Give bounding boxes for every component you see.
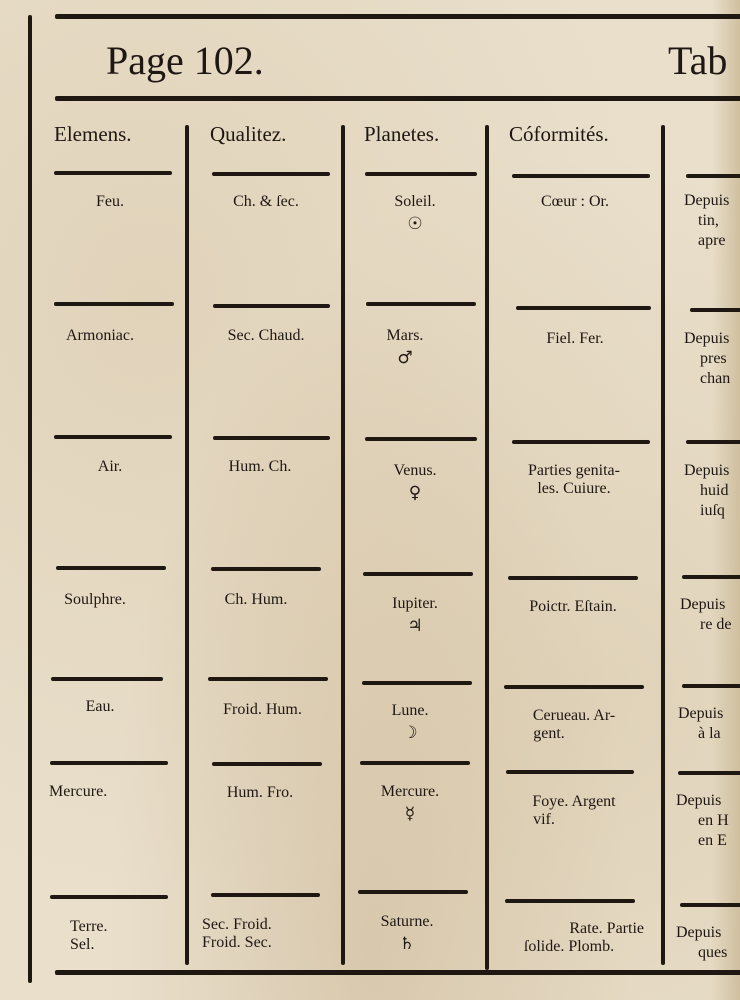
fifth-line: Depuis	[684, 330, 729, 348]
planet-name: Saturne.	[381, 913, 434, 930]
fifth-column-clip: Depuis huid iuſq	[684, 462, 740, 542]
quality-cell: Sec. Chaud.	[196, 327, 336, 345]
fifth-line: Depuis	[684, 462, 729, 480]
fifth-line: pres	[700, 350, 727, 368]
quality-cell: Ch. Hum.	[186, 591, 326, 609]
mercury-symbol-icon: ☿	[345, 805, 475, 825]
fifth-line: Depuis	[676, 924, 721, 942]
bottom-rule	[55, 970, 740, 975]
planet-cell: Lune. ☽	[345, 702, 475, 744]
fifth-column-clip: Depuis re de	[680, 596, 740, 656]
conformity-cell: Foye. Argent vif.	[494, 793, 654, 830]
fifth-line: Depuis	[684, 192, 729, 210]
conformity-cell: Poictr. Eſtain.	[488, 598, 658, 616]
planet-cell: Venus. ♀	[350, 462, 480, 504]
fifth-column-clip: Depuis pres chan	[684, 330, 740, 410]
quality-line: Froid. Sec.	[202, 934, 272, 952]
title-underline-rule	[55, 96, 740, 101]
title-right-clip: Tab	[668, 38, 740, 88]
column-divider-3	[485, 125, 489, 970]
fifth-line: tin,	[698, 212, 719, 230]
planet-name: Venus.	[393, 462, 436, 479]
planet-cell: Soleil. ☉	[350, 193, 480, 235]
header-planetes: Planetes.	[364, 122, 439, 146]
column-divider-1	[185, 125, 189, 965]
header-elemens: Elemens.	[54, 122, 132, 146]
element-cell: Soulphre.	[40, 591, 150, 609]
fifth-line: en E	[698, 832, 727, 850]
planet-name: Lune.	[392, 702, 429, 719]
fifth-line: huid	[700, 482, 728, 500]
element-cell: Mercure.	[49, 783, 107, 801]
saturn-symbol-icon: ♄	[342, 935, 472, 955]
element-cell: Eau.	[50, 698, 150, 716]
planet-cell: Mars. ♂	[340, 327, 470, 369]
fifth-column-clip: Depuis en H en E	[676, 792, 740, 862]
planet-cell: Iupiter. ♃	[350, 595, 480, 637]
conformity-cell: Rate. Partie ſolide. Plomb.	[494, 920, 644, 957]
fifth-line: Depuis	[680, 596, 725, 614]
column-divider-4	[661, 125, 665, 965]
sun-symbol-icon: ☉	[350, 215, 480, 235]
top-rule	[55, 14, 740, 19]
fifth-column-clip: Depuis à la	[678, 705, 740, 755]
page-title: Page 102.	[106, 38, 264, 84]
element-cell: Armoniac.	[40, 327, 160, 345]
fifth-line: Depuis	[678, 705, 723, 723]
conformity-line: Foye. Argent	[494, 793, 654, 811]
title-right-fragment: Tab	[668, 38, 727, 84]
conformity-line: les. Cuiure.	[494, 480, 654, 498]
conformity-cell: Cœur : Or.	[490, 193, 660, 211]
quality-cell: Hum. Ch.	[190, 458, 330, 476]
fifth-line: ques	[698, 944, 727, 962]
mars-symbol-icon: ♂	[340, 349, 470, 369]
left-border-rule	[28, 15, 32, 983]
conformity-line: Cerueau. Ar-	[494, 707, 654, 725]
element-cell: Air.	[60, 458, 160, 476]
fifth-line: chan	[700, 370, 730, 388]
fifth-line: à la	[698, 725, 721, 743]
column-divider-2	[341, 125, 345, 965]
quality-cell: Ch. & ſec.	[196, 193, 336, 211]
fifth-line: Depuis	[676, 792, 721, 810]
conformity-line: Parties genita-	[494, 462, 654, 480]
fifth-line: apre	[698, 232, 726, 250]
quality-line: Sec. Froid.	[202, 916, 272, 934]
quality-cell: Sec. Froid. Froid. Sec.	[202, 916, 272, 953]
quality-cell: Hum. Fro.	[190, 784, 330, 802]
element-line: Terre.	[70, 918, 108, 936]
fifth-column-clip: Depuis ques	[676, 924, 740, 969]
planet-name: Soleil.	[394, 193, 435, 210]
planet-cell: Mercure. ☿	[345, 783, 475, 825]
quality-cell: Froid. Hum.	[190, 701, 335, 719]
header-qualitez: Qualitez.	[210, 122, 286, 146]
conformity-line: ſolide. Plomb.	[494, 938, 644, 956]
fifth-line: iuſq	[700, 502, 725, 520]
conformity-line: Rate. Partie	[494, 920, 644, 938]
conformity-cell: Cerueau. Ar- gent.	[494, 707, 654, 744]
planet-name: Mercure.	[381, 783, 439, 800]
fifth-column-clip: Depuis tin, apre	[684, 192, 740, 272]
element-cell: Terre. Sel.	[70, 918, 108, 955]
element-cell: Feu.	[60, 193, 160, 211]
planet-name: Mars.	[387, 327, 424, 344]
venus-symbol-icon: ♀	[350, 484, 480, 504]
fifth-line: re de	[700, 616, 732, 634]
conformity-cell: Parties genita- les. Cuiure.	[494, 462, 654, 499]
jupiter-symbol-icon: ♃	[350, 617, 480, 637]
element-line: Sel.	[70, 936, 108, 954]
header-conformites: Cóformités.	[509, 122, 609, 146]
conformity-line: vif.	[494, 811, 594, 829]
fifth-line: en H	[698, 812, 729, 830]
planet-name: Iupiter.	[392, 595, 438, 612]
planet-cell: Saturne. ♄	[342, 913, 472, 955]
moon-symbol-icon: ☽	[345, 724, 475, 744]
conformity-cell: Fiel. Fer.	[490, 330, 660, 348]
conformity-line: gent.	[494, 725, 604, 743]
